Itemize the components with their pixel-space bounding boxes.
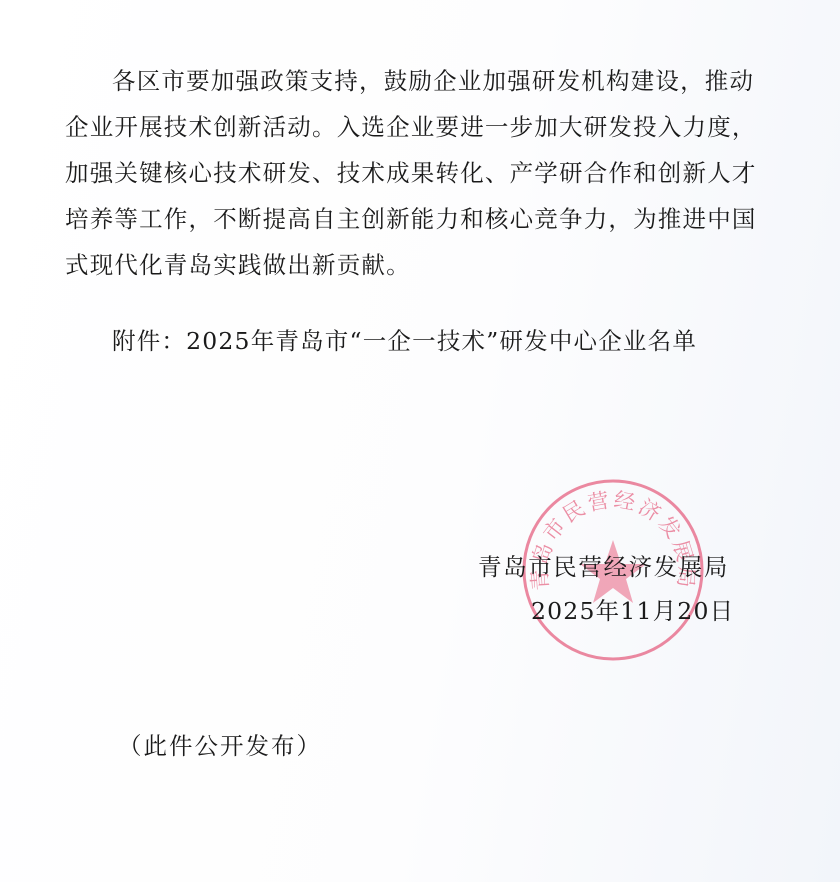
issuer-name: 青岛市民营经济发展局 [478,548,729,582]
document-page: 各区市要加强政策支持，鼓励企业加强研发机构建设，推动 企业开展技术创新活动。入选… [0,0,840,882]
body-line: 加强关键核心技术研发、技术成果转化、产学研合作和创新人才 [65,150,785,196]
public-release-note: （此件公开发布） [118,727,322,761]
body-paragraph: 各区市要加强政策支持，鼓励企业加强研发机构建设，推动 企业开展技术创新活动。入选… [65,58,785,288]
body-line: 培养等工作，不断提高自主创新能力和核心竞争力，为推进中国 [65,196,785,242]
issue-date: 2025年11月20日 [531,592,734,626]
body-line: 各区市要加强政策支持，鼓励企业加强研发机构建设，推动 [65,58,785,104]
body-line: 式现代化青岛实践做出新贡献。 [65,242,785,288]
body-line: 企业开展技术创新活动。入选企业要进一步加大研发投入力度， [65,104,785,150]
attachment-line: 附件：2025年青岛市“一企一技术”研发中心企业名单 [112,322,697,356]
